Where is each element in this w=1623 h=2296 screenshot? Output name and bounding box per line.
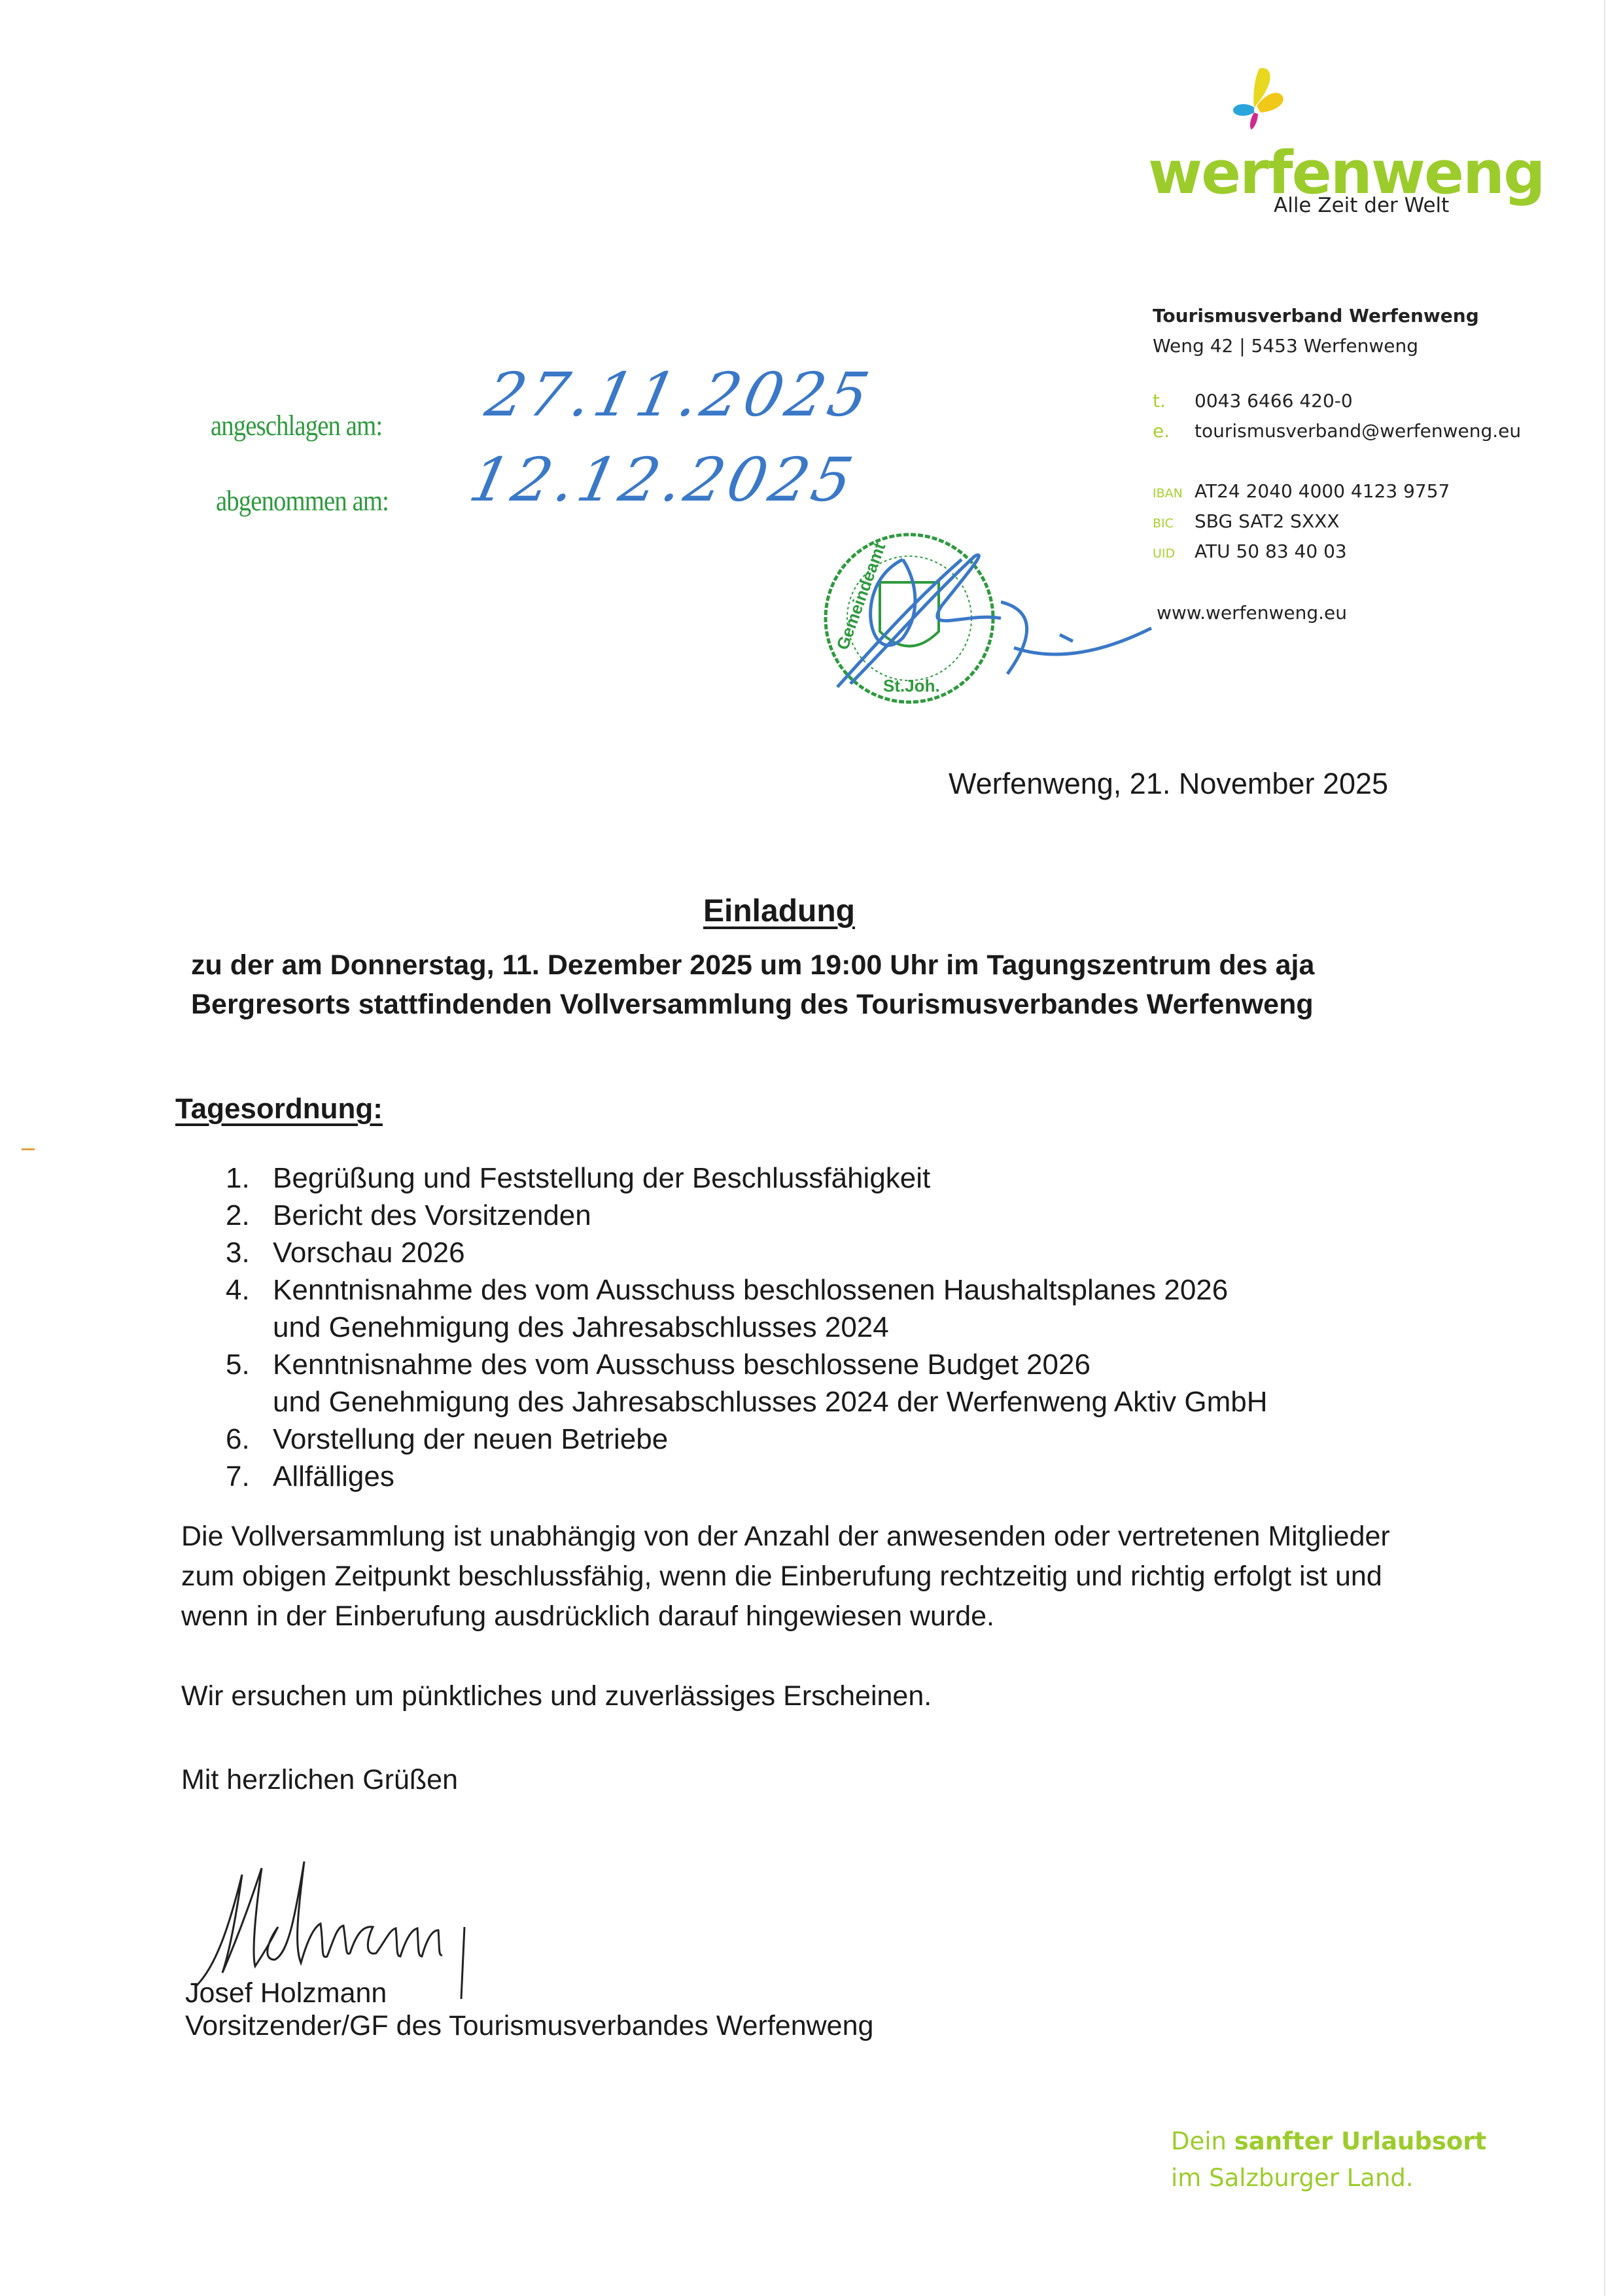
agenda-list: 1.Begrüßung und Feststellung der Beschlu… bbox=[226, 1159, 1268, 1495]
organization-name: Tourismusverband Werfenweng bbox=[1153, 301, 1479, 331]
email-label: e. bbox=[1153, 416, 1195, 446]
agenda-item: 2.Bericht des Vorsitzenden bbox=[226, 1197, 1268, 1234]
agenda-item: 4.Kenntnisnahme des vom Ausschuss beschl… bbox=[226, 1271, 1268, 1346]
posted-label: angeschlagen am: bbox=[211, 409, 382, 442]
bic-label: BIC bbox=[1153, 508, 1195, 539]
municipal-seal-icon: Gemeindeamt St.Joh. bbox=[811, 520, 1007, 716]
phone-value: 0043 6466 420-0 bbox=[1195, 390, 1353, 412]
agenda-item: 6.Vorstellung der neuen Betriebe bbox=[226, 1421, 1268, 1458]
posted-date-handwritten: 27.11.2025 bbox=[480, 360, 879, 430]
website-link[interactable]: www.werfenweng.eu bbox=[1157, 598, 1347, 628]
signer-name: Josef Holzmann bbox=[185, 1977, 387, 2009]
iban-value: AT24 2040 4000 4123 9757 bbox=[1195, 480, 1450, 502]
phone-row: t.0043 6466 420-0 bbox=[1153, 386, 1353, 416]
letter-title: Einladung bbox=[703, 893, 855, 929]
email-link[interactable]: tourismusverband@werfenweng.eu bbox=[1195, 420, 1521, 442]
letter-subtitle: zu der am Donnerstag, 11. Dezember 2025 … bbox=[191, 945, 1434, 1024]
agenda-item: 3.Vorschau 2026 bbox=[226, 1234, 1268, 1271]
logo-tagline: Alle Zeit der Welt bbox=[1274, 194, 1449, 217]
iban-row: IBANAT24 2040 4000 4123 9757 bbox=[1153, 476, 1450, 508]
svg-text:St.Joh.: St.Joh. bbox=[883, 676, 940, 696]
bic-row: BICSBG SAT2 SXXX bbox=[1153, 506, 1340, 539]
uid-value: ATU 50 83 40 03 bbox=[1195, 540, 1347, 562]
phone-label: t. bbox=[1153, 386, 1195, 416]
uid-label: UID bbox=[1153, 539, 1195, 569]
removed-date-handwritten: 12.12.2025 bbox=[464, 445, 863, 515]
removed-label: abgenommen am: bbox=[216, 484, 389, 518]
agenda-item: 5.Kenntnisnahme des vom Ausschuss beschl… bbox=[226, 1346, 1268, 1421]
iban-label: IBAN bbox=[1153, 478, 1195, 508]
signature-scribble-icon bbox=[1001, 589, 1158, 687]
agenda-item: 7.Allfälliges bbox=[226, 1458, 1268, 1495]
request-paragraph: Wir ersuchen um pünktliches und zuverläs… bbox=[181, 1676, 1424, 1716]
place-and-date: Werfenweng, 21. November 2025 bbox=[949, 767, 1388, 801]
agenda-heading: Tagesordnung: bbox=[175, 1093, 383, 1125]
bic-value: SBG SAT2 SXXX bbox=[1195, 510, 1340, 532]
address: Weng 42 | 5453 Werfenweng bbox=[1153, 331, 1418, 361]
email-row: e.tourismusverband@werfenweng.eu bbox=[1153, 416, 1521, 446]
footer-slogan: Dein sanfter Urlaubsort im Salzburger La… bbox=[1171, 2123, 1486, 2197]
page-edge bbox=[1604, 0, 1605, 2296]
werfenweng-logo: werfenweng Alle Zeit der Welt bbox=[1148, 65, 1475, 222]
closing-greeting: Mit herzlichen Grüßen bbox=[181, 1760, 1424, 1800]
butterfly-icon bbox=[1220, 65, 1292, 144]
scan-mark bbox=[22, 1148, 35, 1150]
agenda-item: 1.Begrüßung und Feststellung der Beschlu… bbox=[226, 1159, 1268, 1197]
quorum-paragraph: Die Vollversammlung ist unabhängig von d… bbox=[181, 1517, 1424, 1636]
signer-role: Vorsitzender/GF des Tourismusverbandes W… bbox=[185, 2010, 873, 2042]
uid-row: UIDATU 50 83 40 03 bbox=[1153, 537, 1347, 569]
